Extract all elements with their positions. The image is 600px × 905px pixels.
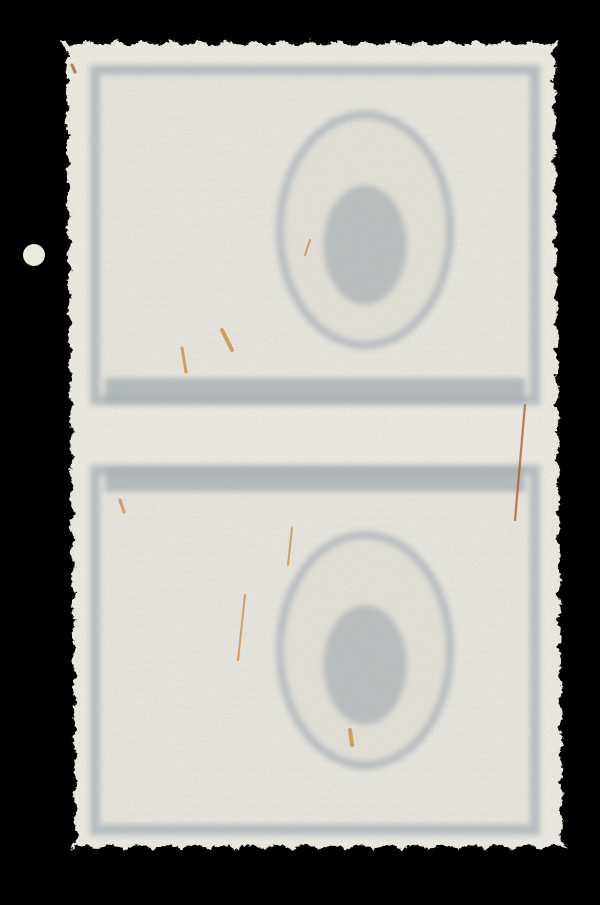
paper-fragment [23, 244, 45, 266]
stamp-pair-reverse [0, 0, 600, 905]
stamp-photo [0, 0, 600, 905]
show-through-design [0, 0, 600, 905]
